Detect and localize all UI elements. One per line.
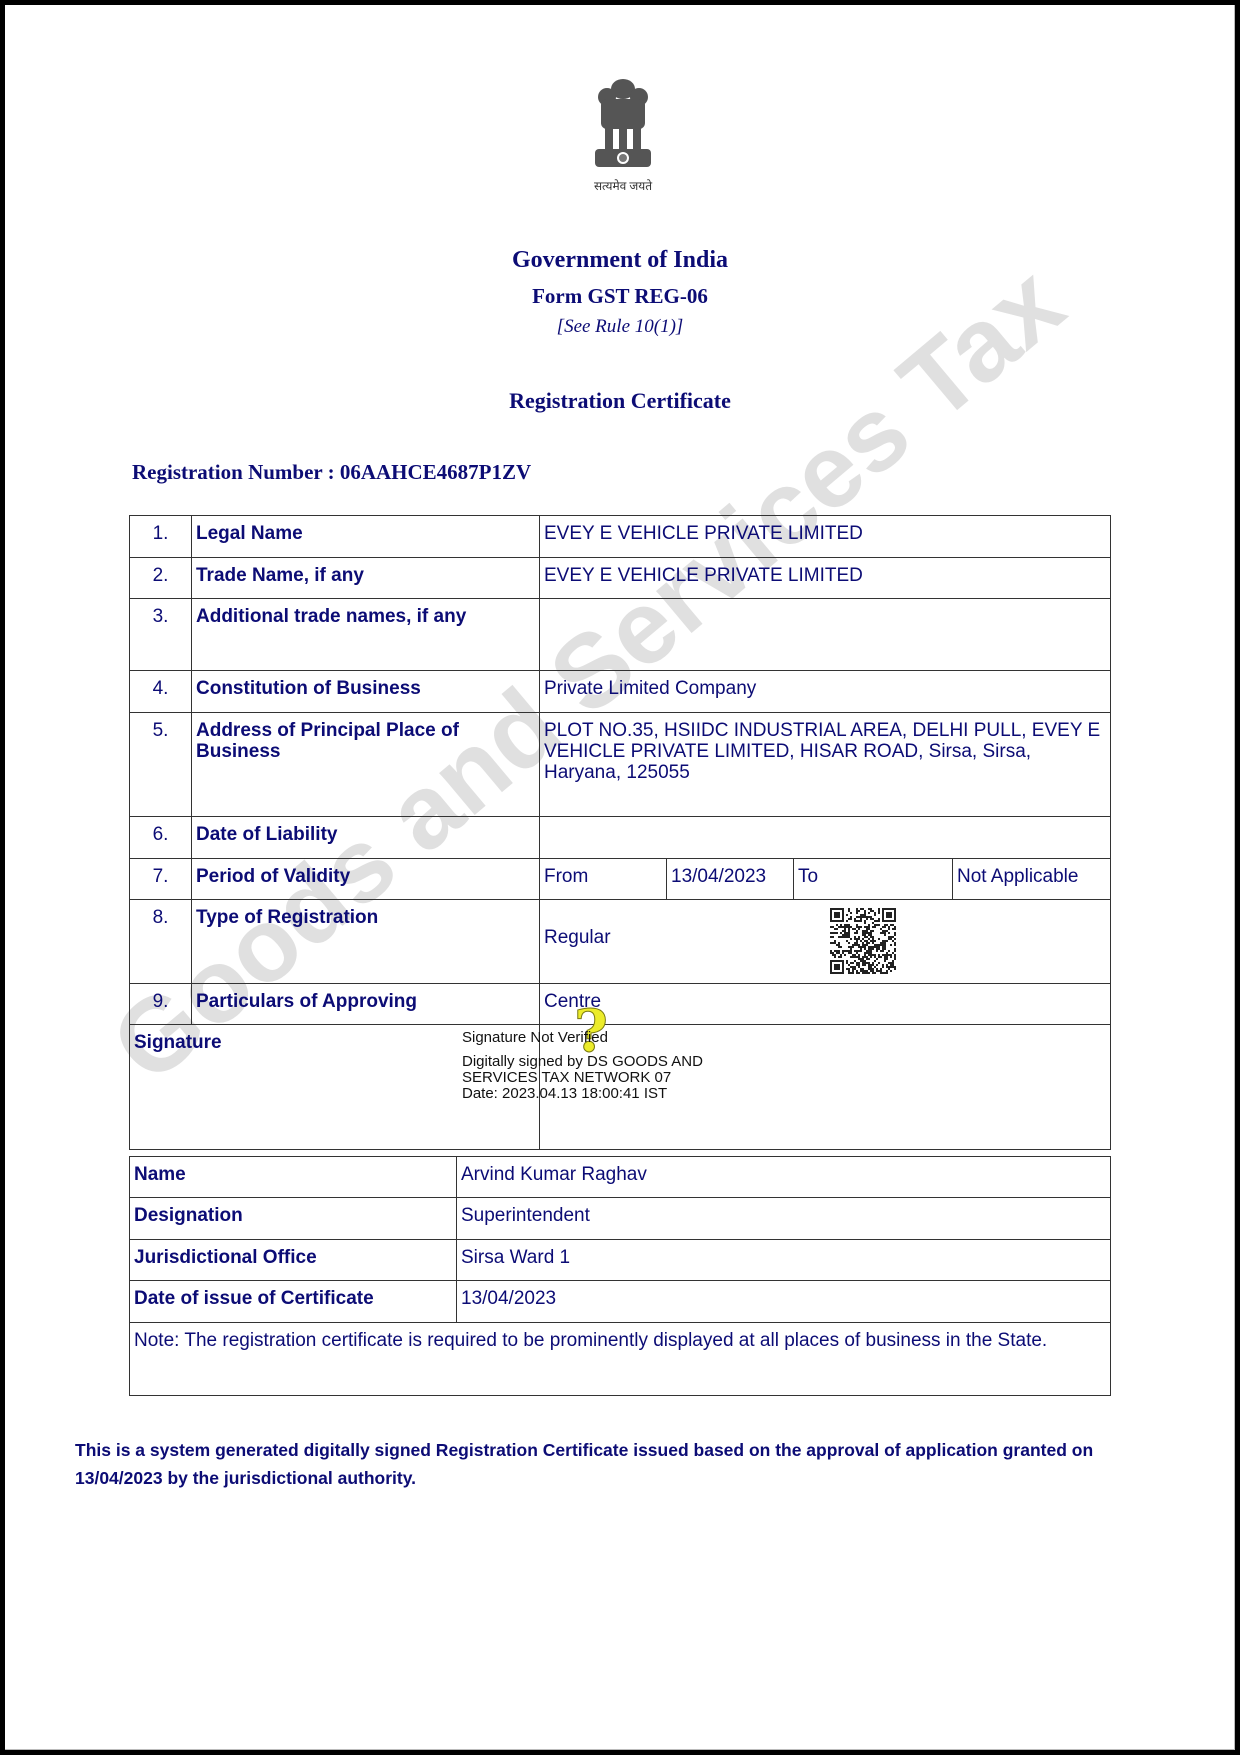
table-row: 5. Address of Principal Place of Busines…	[130, 713, 1111, 817]
display-note: Note: The registration certificate is re…	[130, 1323, 1111, 1396]
validity-to-label: To	[794, 859, 953, 900]
table-row: Jurisdictional Office Sirsa Ward 1	[130, 1240, 1111, 1281]
system-generated-notice: This is a system generated digitally sig…	[75, 1436, 1175, 1492]
certificate-title: Registration Certificate	[5, 388, 1235, 414]
row-label: Address of Principal Place of Business	[192, 713, 540, 817]
signature-cell: ? Signature Not Verified Digitally signe…	[540, 1025, 1111, 1150]
trade-name-value: EVEY E VEHICLE PRIVATE LIMITED	[540, 558, 1111, 599]
table-row: Date of issue of Certificate 13/04/2023	[130, 1281, 1111, 1323]
table-row: Name Arvind Kumar Raghav	[130, 1157, 1111, 1198]
approving-authority-value: Centre	[540, 984, 1111, 1025]
row-label: Constitution of Business	[192, 671, 540, 713]
row-label: Trade Name, if any	[192, 558, 540, 599]
validity-from-label: From	[540, 859, 667, 900]
row-number: 9.	[130, 984, 192, 1025]
row-label: Legal Name	[192, 516, 540, 558]
table-row: 8. Type of Registration Regular	[130, 900, 1111, 984]
registration-number-label: Registration Number :	[132, 460, 335, 484]
row-number: 7.	[130, 859, 192, 900]
form-title: Form GST REG-06	[5, 284, 1235, 309]
designation-label: Designation	[130, 1198, 457, 1240]
validity-to-value: Not Applicable	[953, 859, 1111, 900]
registration-type-value: Regular	[544, 927, 1106, 948]
table-row: Designation Superintendent	[130, 1198, 1111, 1240]
row-number: 5.	[130, 713, 192, 817]
officer-name-value: Arvind Kumar Raghav	[457, 1157, 1111, 1198]
table-row: 3. Additional trade names, if any	[130, 599, 1111, 671]
address-value: PLOT NO.35, HSIIDC INDUSTRIAL AREA, DELH…	[540, 713, 1111, 817]
row-number: 6.	[130, 817, 192, 859]
emblem-motto: सत्यमेव जयते	[565, 177, 681, 194]
signature-signed-by: Digitally signed by DS GOODS AND	[462, 1054, 1106, 1070]
signature-signed-by-cont: SERVICES TAX NETWORK 07	[462, 1070, 1106, 1086]
row-number: 4.	[130, 671, 192, 713]
table-row: 1. Legal Name EVEY E VEHICLE PRIVATE LIM…	[130, 516, 1111, 558]
constitution-value: Private Limited Company	[540, 671, 1111, 713]
legal-name-value: EVEY E VEHICLE PRIVATE LIMITED	[540, 516, 1111, 558]
registration-type-cell: Regular	[540, 900, 1111, 984]
row-label: Type of Registration	[192, 900, 540, 984]
additional-trade-names-value	[540, 599, 1111, 671]
row-number: 1.	[130, 516, 192, 558]
registration-number-value: 06AAHCE4687P1ZV	[340, 460, 531, 484]
validity-from-value: 13/04/2023	[667, 859, 794, 900]
officer-name-label: Name	[130, 1157, 457, 1198]
row-number: 3.	[130, 599, 192, 671]
row-label: Particulars of Approving	[192, 984, 540, 1025]
digital-signature-block: ? Signature Not Verified Digitally signe…	[462, 1030, 1106, 1102]
jurisdictional-office-value: Sirsa Ward 1	[457, 1240, 1111, 1281]
jurisdictional-office-label: Jurisdictional Office	[130, 1240, 457, 1281]
certificate-page: Goods and Services Tax सत्यमेव जयते Gove…	[5, 5, 1235, 1750]
row-label: Additional trade names, if any	[192, 599, 540, 671]
table-row: 9. Particulars of Approving Centre	[130, 984, 1111, 1025]
note-row: Note: The registration certificate is re…	[130, 1323, 1111, 1396]
table-row: 7. Period of Validity From 13/04/2023 To…	[130, 859, 1111, 900]
table-row: 2. Trade Name, if any EVEY E VEHICLE PRI…	[130, 558, 1111, 599]
registration-number: Registration Number : 06AAHCE4687P1ZV	[132, 460, 531, 485]
table-row: 4. Constitution of Business Private Limi…	[130, 671, 1111, 713]
row-label: Date of Liability	[192, 817, 540, 859]
row-label: Period of Validity	[192, 859, 540, 900]
row-number: 2.	[130, 558, 192, 599]
rule-reference: [See Rule 10(1)]	[5, 316, 1235, 338]
qr-code-icon	[830, 908, 896, 974]
table-row: 6. Date of Liability	[130, 817, 1111, 859]
officer-details-table: Name Arvind Kumar Raghav Designation Sup…	[129, 1156, 1111, 1396]
signature-row: Signature ? Signature Not Verified Digit…	[130, 1025, 1111, 1150]
issue-date-value: 13/04/2023	[457, 1281, 1111, 1323]
row-number: 8.	[130, 900, 192, 984]
issue-date-label: Date of issue of Certificate	[130, 1281, 457, 1323]
registration-details-table: 1. Legal Name EVEY E VEHICLE PRIVATE LIM…	[129, 515, 1111, 1150]
signature-date: Date: 2023.04.13 18:00:41 IST	[462, 1086, 1106, 1102]
government-title: Government of India	[5, 247, 1235, 274]
designation-value: Superintendent	[457, 1198, 1111, 1240]
date-of-liability-value	[540, 817, 1111, 859]
signature-status: Signature Not Verified	[462, 1030, 1106, 1046]
